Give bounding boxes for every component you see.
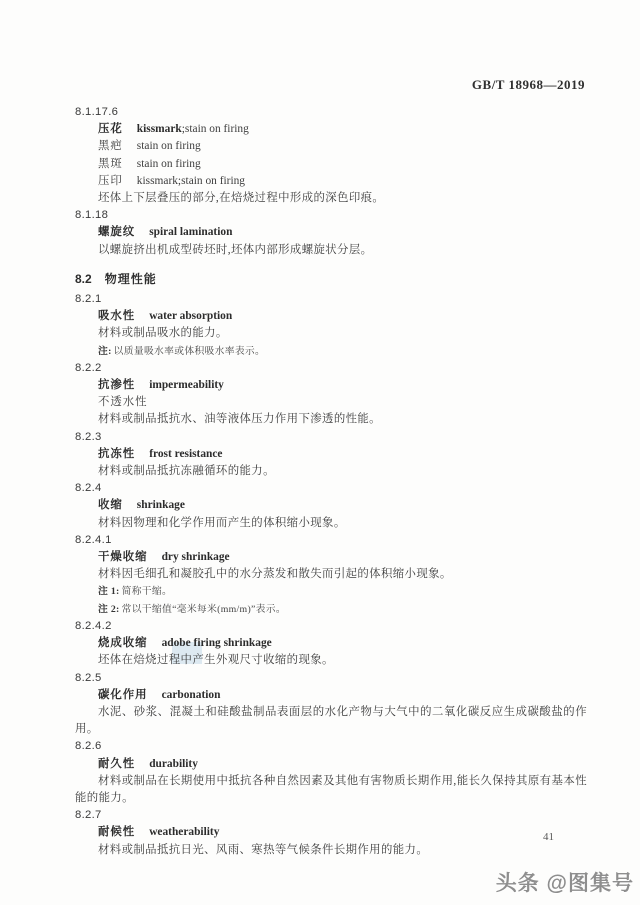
document-page: GB/T 18968—2019 8.1.17.6压花kissmark;stain… — [0, 0, 640, 905]
standard-number-header: GB/T 18968—2019 — [472, 77, 585, 93]
term-line: 螺旋纹spiral lamination — [75, 224, 587, 241]
term-english-bold: water absorption — [149, 310, 232, 322]
note-label: 注 2: — [98, 604, 120, 615]
note-label: 注 1: — [98, 586, 120, 597]
term-line: 干燥收缩dry shrinkage — [75, 549, 587, 566]
term-chinese: 耐候性 — [98, 826, 135, 838]
term-line: 耐候性weatherability — [75, 824, 587, 841]
term-line: 抗渗性impermeability — [75, 377, 587, 394]
section-number: 8.2.1 — [75, 291, 587, 308]
section-number: 8.2.4 — [75, 480, 587, 497]
term-chinese: 收缩 — [98, 499, 123, 511]
alias-english: stain on firing — [137, 140, 201, 152]
term-line: 吸水性water absorption — [75, 308, 587, 325]
term-english-bold: kissmark — [137, 123, 182, 135]
term-english-regular: ;stain on firing — [182, 123, 249, 135]
note-text: 简称干缩。 — [122, 586, 172, 597]
term-english-bold: weatherability — [149, 826, 219, 838]
note-line: 注 2:常以干缩值“毫米每米(mm/m)”表示。 — [75, 601, 587, 618]
term-english-bold: shrinkage — [137, 499, 185, 511]
term-english-bold: spiral lamination — [149, 226, 232, 238]
page-number: 41 — [543, 831, 554, 843]
section-number: 8.1.18 — [75, 207, 587, 224]
term-english-bold: carbonation — [162, 689, 221, 701]
definition-paragraph: 材料或制品在长期使用中抵抗各种自然因素及其他有害物质长期作用,能长久保持其原有基… — [75, 773, 587, 807]
alias-english: stain on firing — [137, 158, 201, 170]
term-english-bold: impermeability — [149, 379, 224, 391]
definition-paragraph: 坯体上下层叠压的部分,在焙烧过程中形成的深色印痕。 — [75, 190, 587, 207]
alias-line: 黑疤stain on firing — [75, 138, 587, 155]
note-text: 以质量吸水率或体积吸水率表示。 — [114, 346, 265, 357]
section-number: 8.2.4.2 — [75, 618, 587, 635]
definition-paragraph: 水泥、砂浆、混凝土和硅酸盐制品表面层的水化产物与大气中的二氧化碳反应生成碳酸盐的… — [75, 704, 587, 738]
term-chinese: 抗渗性 — [98, 379, 135, 391]
definition-paragraph: 材料或制品抵抗日光、风雨、寒热等气候条件长期作用的能力。 — [75, 842, 587, 859]
note-line: 注 1:简称干缩。 — [75, 583, 587, 600]
definition-paragraph: 材料或制品抵抗水、油等液体压力作用下渗透的性能。 — [75, 411, 587, 428]
term-chinese: 螺旋纹 — [98, 226, 135, 238]
term-line: 压花kissmark;stain on firing — [75, 121, 587, 138]
term-chinese: 烧成收缩 — [98, 637, 148, 649]
term-chinese: 干燥收缩 — [98, 551, 148, 563]
definition-paragraph: 材料因毛细孔和凝胶孔中的水分蒸发和散失而引起的体积缩小现象。 — [75, 566, 587, 583]
definition-paragraph: 材料因物理和化学作用而产生的体积缩小现象。 — [75, 515, 587, 532]
alias-line: 不透水性 — [75, 394, 587, 411]
section-number: 8.2.6 — [75, 738, 587, 755]
note-label: 注: — [98, 346, 112, 357]
term-chinese: 碳化作用 — [98, 689, 148, 701]
term-english-bold: frost resistance — [149, 448, 222, 460]
clause-heading-title: 物理性能 — [105, 272, 157, 286]
alias-line: 压印kissmark;stain on firing — [75, 173, 587, 190]
section-number: 8.2.4.1 — [75, 532, 587, 549]
definition-paragraph: 材料或制品抵抗冻融循环的能力。 — [75, 463, 587, 480]
toutiao-watermark: 头条 @图集号 — [496, 867, 634, 897]
alias-chinese: 压印 — [98, 175, 123, 187]
section-number: 8.2.2 — [75, 360, 587, 377]
section-number: 8.1.17.6 — [75, 104, 587, 121]
term-chinese: 抗冻性 — [98, 448, 135, 460]
term-english-bold: adobe firing shrinkage — [162, 637, 272, 649]
term-line: 碳化作用carbonation — [75, 687, 587, 704]
term-line: 抗冻性frost resistance — [75, 446, 587, 463]
alias-english: kissmark;stain on firing — [137, 175, 245, 187]
section-number: 8.2.3 — [75, 429, 587, 446]
section-number: 8.2.7 — [75, 807, 587, 824]
term-chinese: 耐久性 — [98, 758, 135, 770]
term-chinese: 压花 — [98, 123, 123, 135]
note-text: 常以干缩值“毫米每米(mm/m)”表示。 — [122, 604, 286, 615]
clause-heading: 8.2物理性能 — [75, 271, 587, 288]
alias-chinese: 黑斑 — [98, 158, 123, 170]
term-line: 耐久性durability — [75, 756, 587, 773]
clause-heading-number: 8.2 — [75, 272, 92, 286]
note-line: 注:以质量吸水率或体积吸水率表示。 — [75, 343, 587, 360]
term-chinese: 吸水性 — [98, 310, 135, 322]
definition-paragraph: 坯体在焙烧过程中产生外观尺寸收缩的现象。 — [75, 652, 587, 669]
definition-paragraph: 材料或制品吸水的能力。 — [75, 325, 587, 342]
section-number: 8.2.5 — [75, 670, 587, 687]
terms-content: 8.1.17.6压花kissmark;stain on firing黑疤stai… — [75, 104, 587, 859]
definition-paragraph: 以螺旋挤出机成型砖坯时,坯体内部形成螺旋状分层。 — [75, 242, 587, 259]
alias-chinese: 黑疤 — [98, 140, 123, 152]
term-english-bold: dry shrinkage — [162, 551, 230, 563]
term-line: 收缩shrinkage — [75, 497, 587, 514]
term-english-bold: durability — [149, 758, 198, 770]
alias-line: 黑斑stain on firing — [75, 156, 587, 173]
alias-chinese: 不透水性 — [98, 396, 148, 408]
term-line: 烧成收缩adobe firing shrinkage — [75, 635, 587, 652]
